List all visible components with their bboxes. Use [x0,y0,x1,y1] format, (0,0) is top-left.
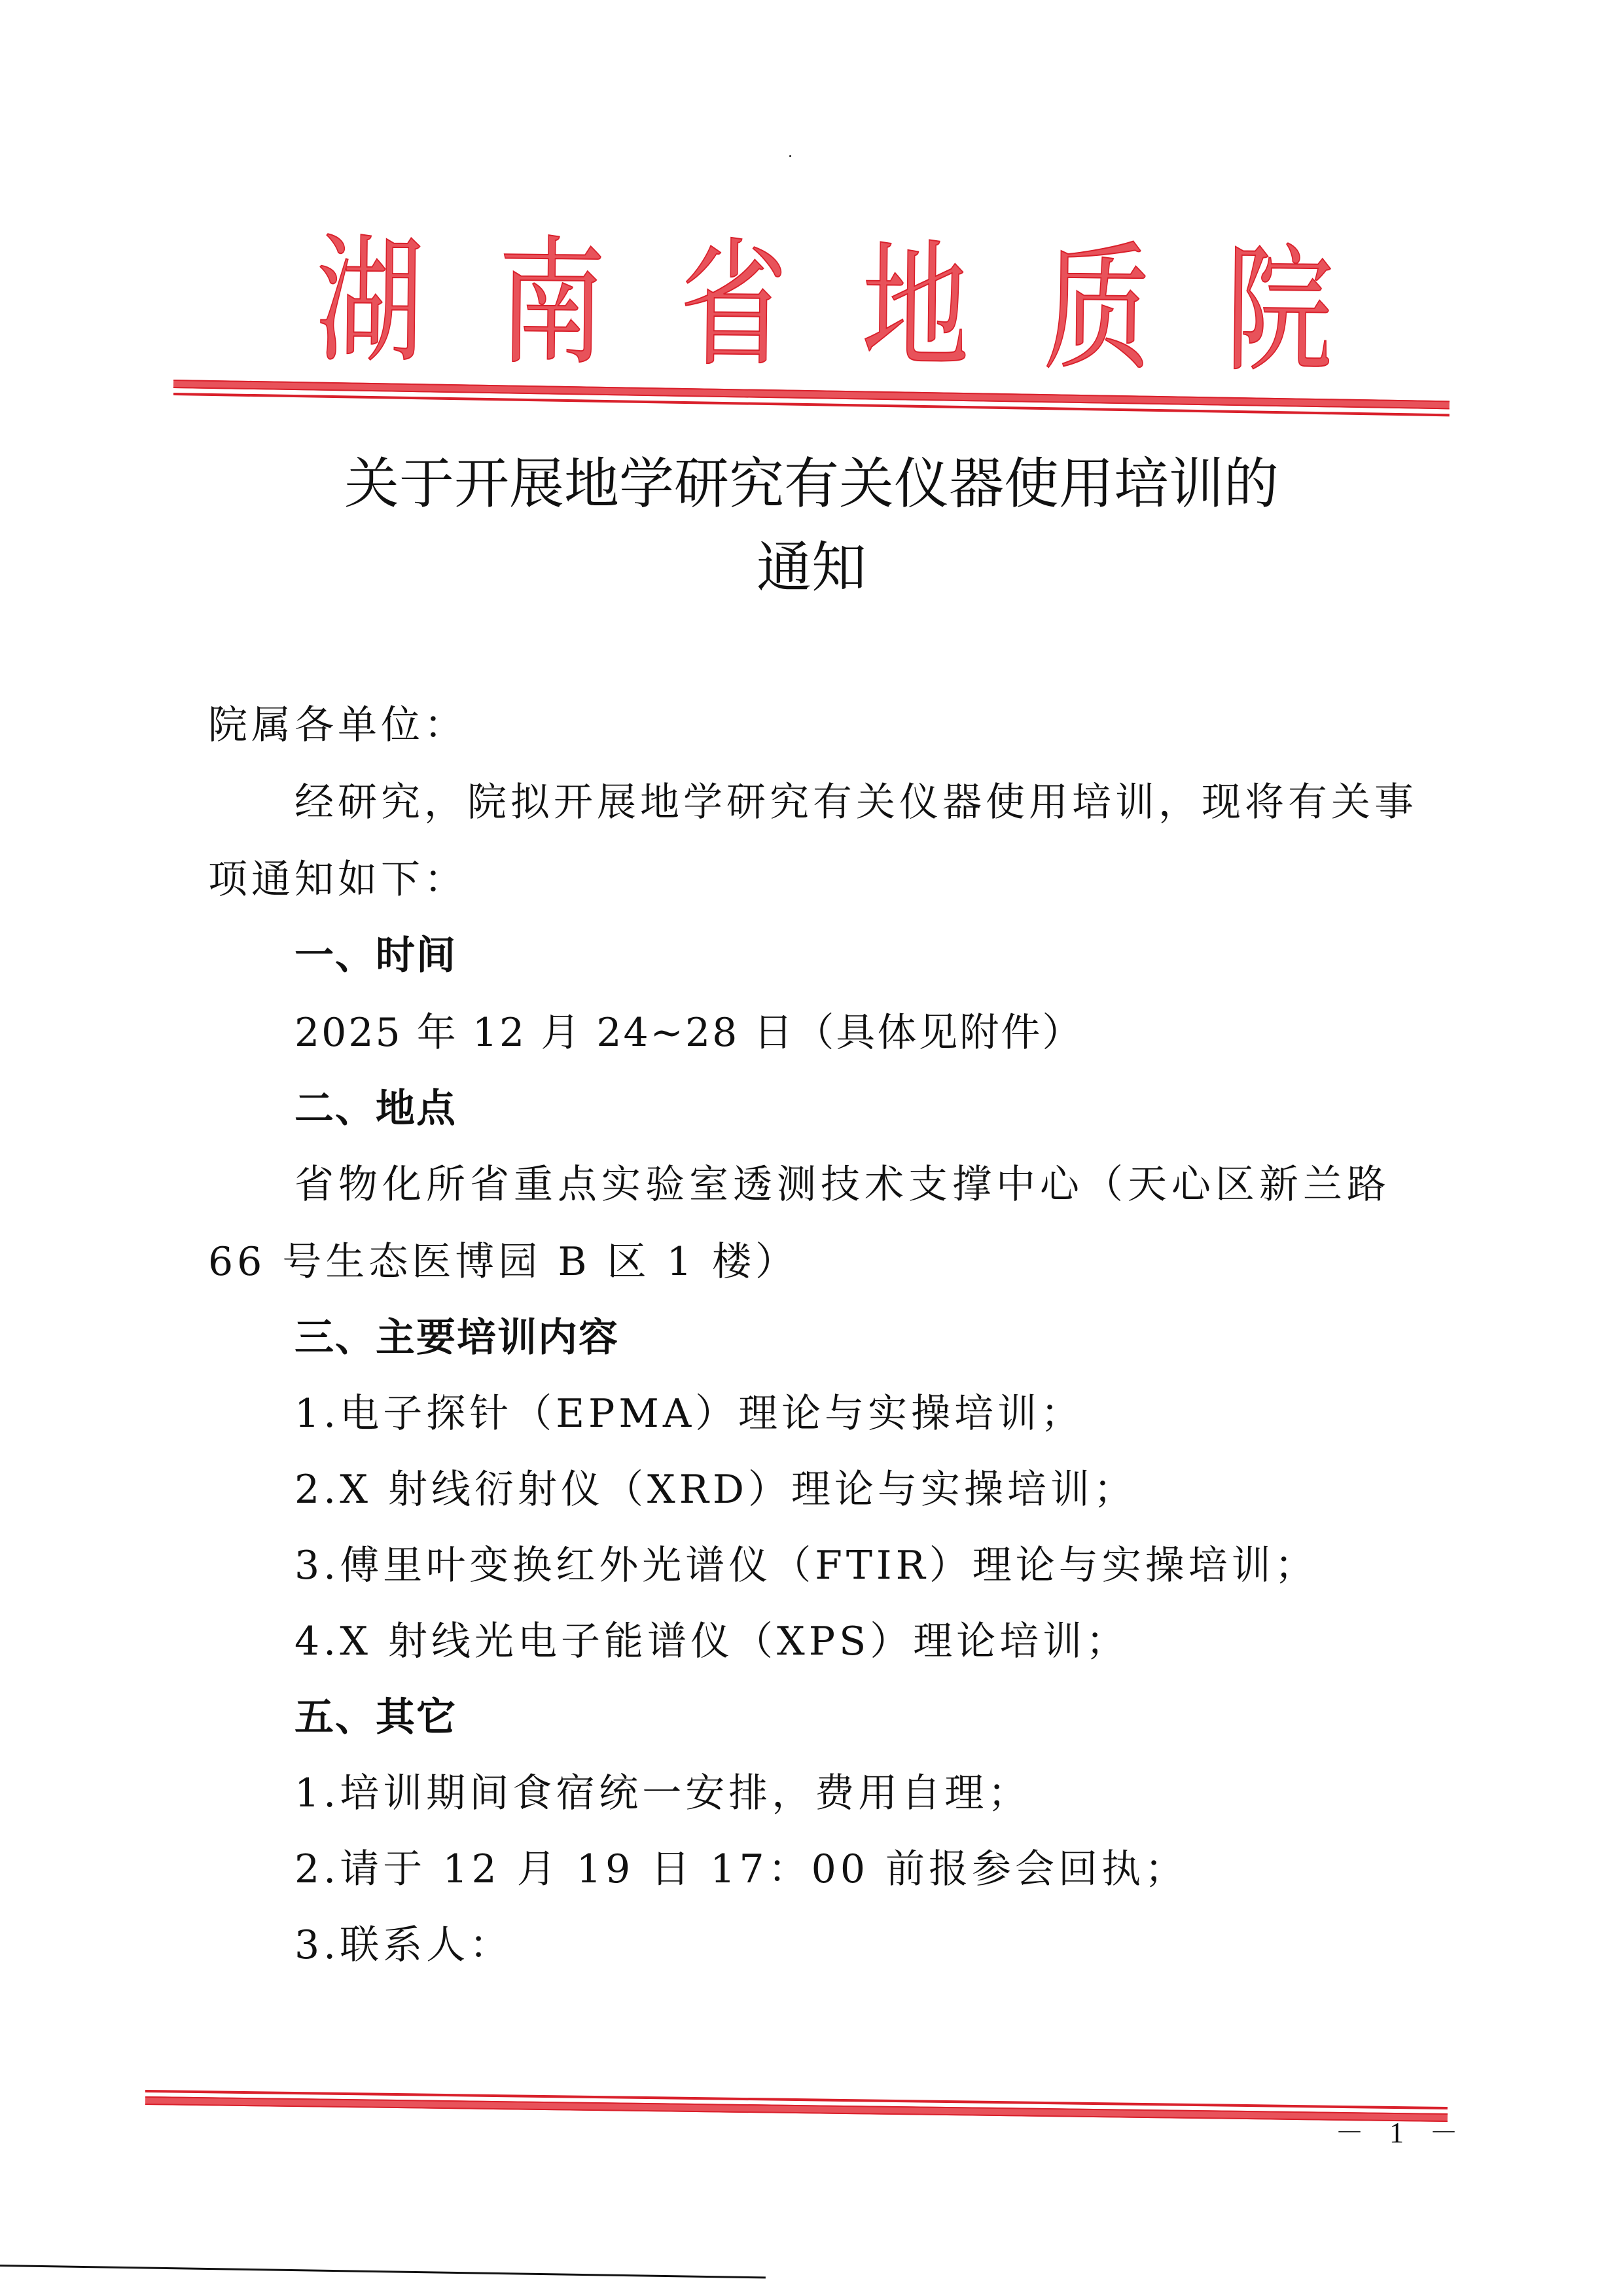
other-item-contact: 3.联系人： [294,1914,512,1970]
other-item-accommodation: 1.培训期间食宿统一安排，费用自理； [294,1762,1031,1818]
section-heading-time: 一、时间 [294,924,457,980]
section-heading-other: 五、其它 [294,1686,457,1742]
masthead-char: 质 [1043,240,1152,379]
intro-paragraph-line2: 项通知如下： [208,848,467,905]
other-item-deadline: 2.请于 12 月 19 日 17：00 前报参会回执； [294,1838,1188,1894]
salutation: 院属各单位： [208,694,467,750]
masthead-char: 地 [861,238,970,377]
content-item-epma: 1.电子探针（EPMA）理论与实操培训； [294,1382,1084,1439]
location-line2: 66 号生态医博园 B 区 1 楼） [208,1230,798,1287]
section-heading-location: 二、地点 [294,1077,457,1134]
content-item-ftir: 3.傅里叶变换红外光谱仪（FTIR）理论与实操培训； [294,1534,1318,1590]
masthead-char: 省 [679,236,788,375]
intro-paragraph-line1: 经研究，院拟开展地学研究有关仪器使用培训，现将有关事 [294,771,1418,827]
masthead-char: 院 [1225,242,1334,381]
content-item-xps: 4.X 射线光电子能谱仪（XPS）理论培训； [294,1610,1129,1666]
content-item-xrd: 2.X 射线衍射仪（XRD）理论与实操培训； [294,1458,1137,1515]
document-title-line1: 关于开展地学研究有关仪器使用培训的 [0,440,1623,519]
masthead-char: 南 [497,234,606,373]
document-page: 湖 南 省 地 质 院 关于开展地学研究有关仪器使用培训的 通知 院属各单位： … [0,0,1623,2296]
masthead: 湖 南 省 地 质 院 [300,216,1349,397]
time-value: 2025 年 12 月 24~28 日（具体见附件） [294,1001,1083,1058]
location-line1: 省物化所省重点实验室透测技术支撑中心（天心区新兰路 [294,1153,1391,1210]
scan-edge-line [0,2265,766,2278]
document-title-line2: 通知 [0,524,1623,603]
section-heading-content: 三、主要培训内容 [294,1306,619,1363]
page-number: － 1 － [1335,2109,1467,2151]
masthead-char: 湖 [315,232,424,371]
scan-dust-dot [789,155,791,157]
